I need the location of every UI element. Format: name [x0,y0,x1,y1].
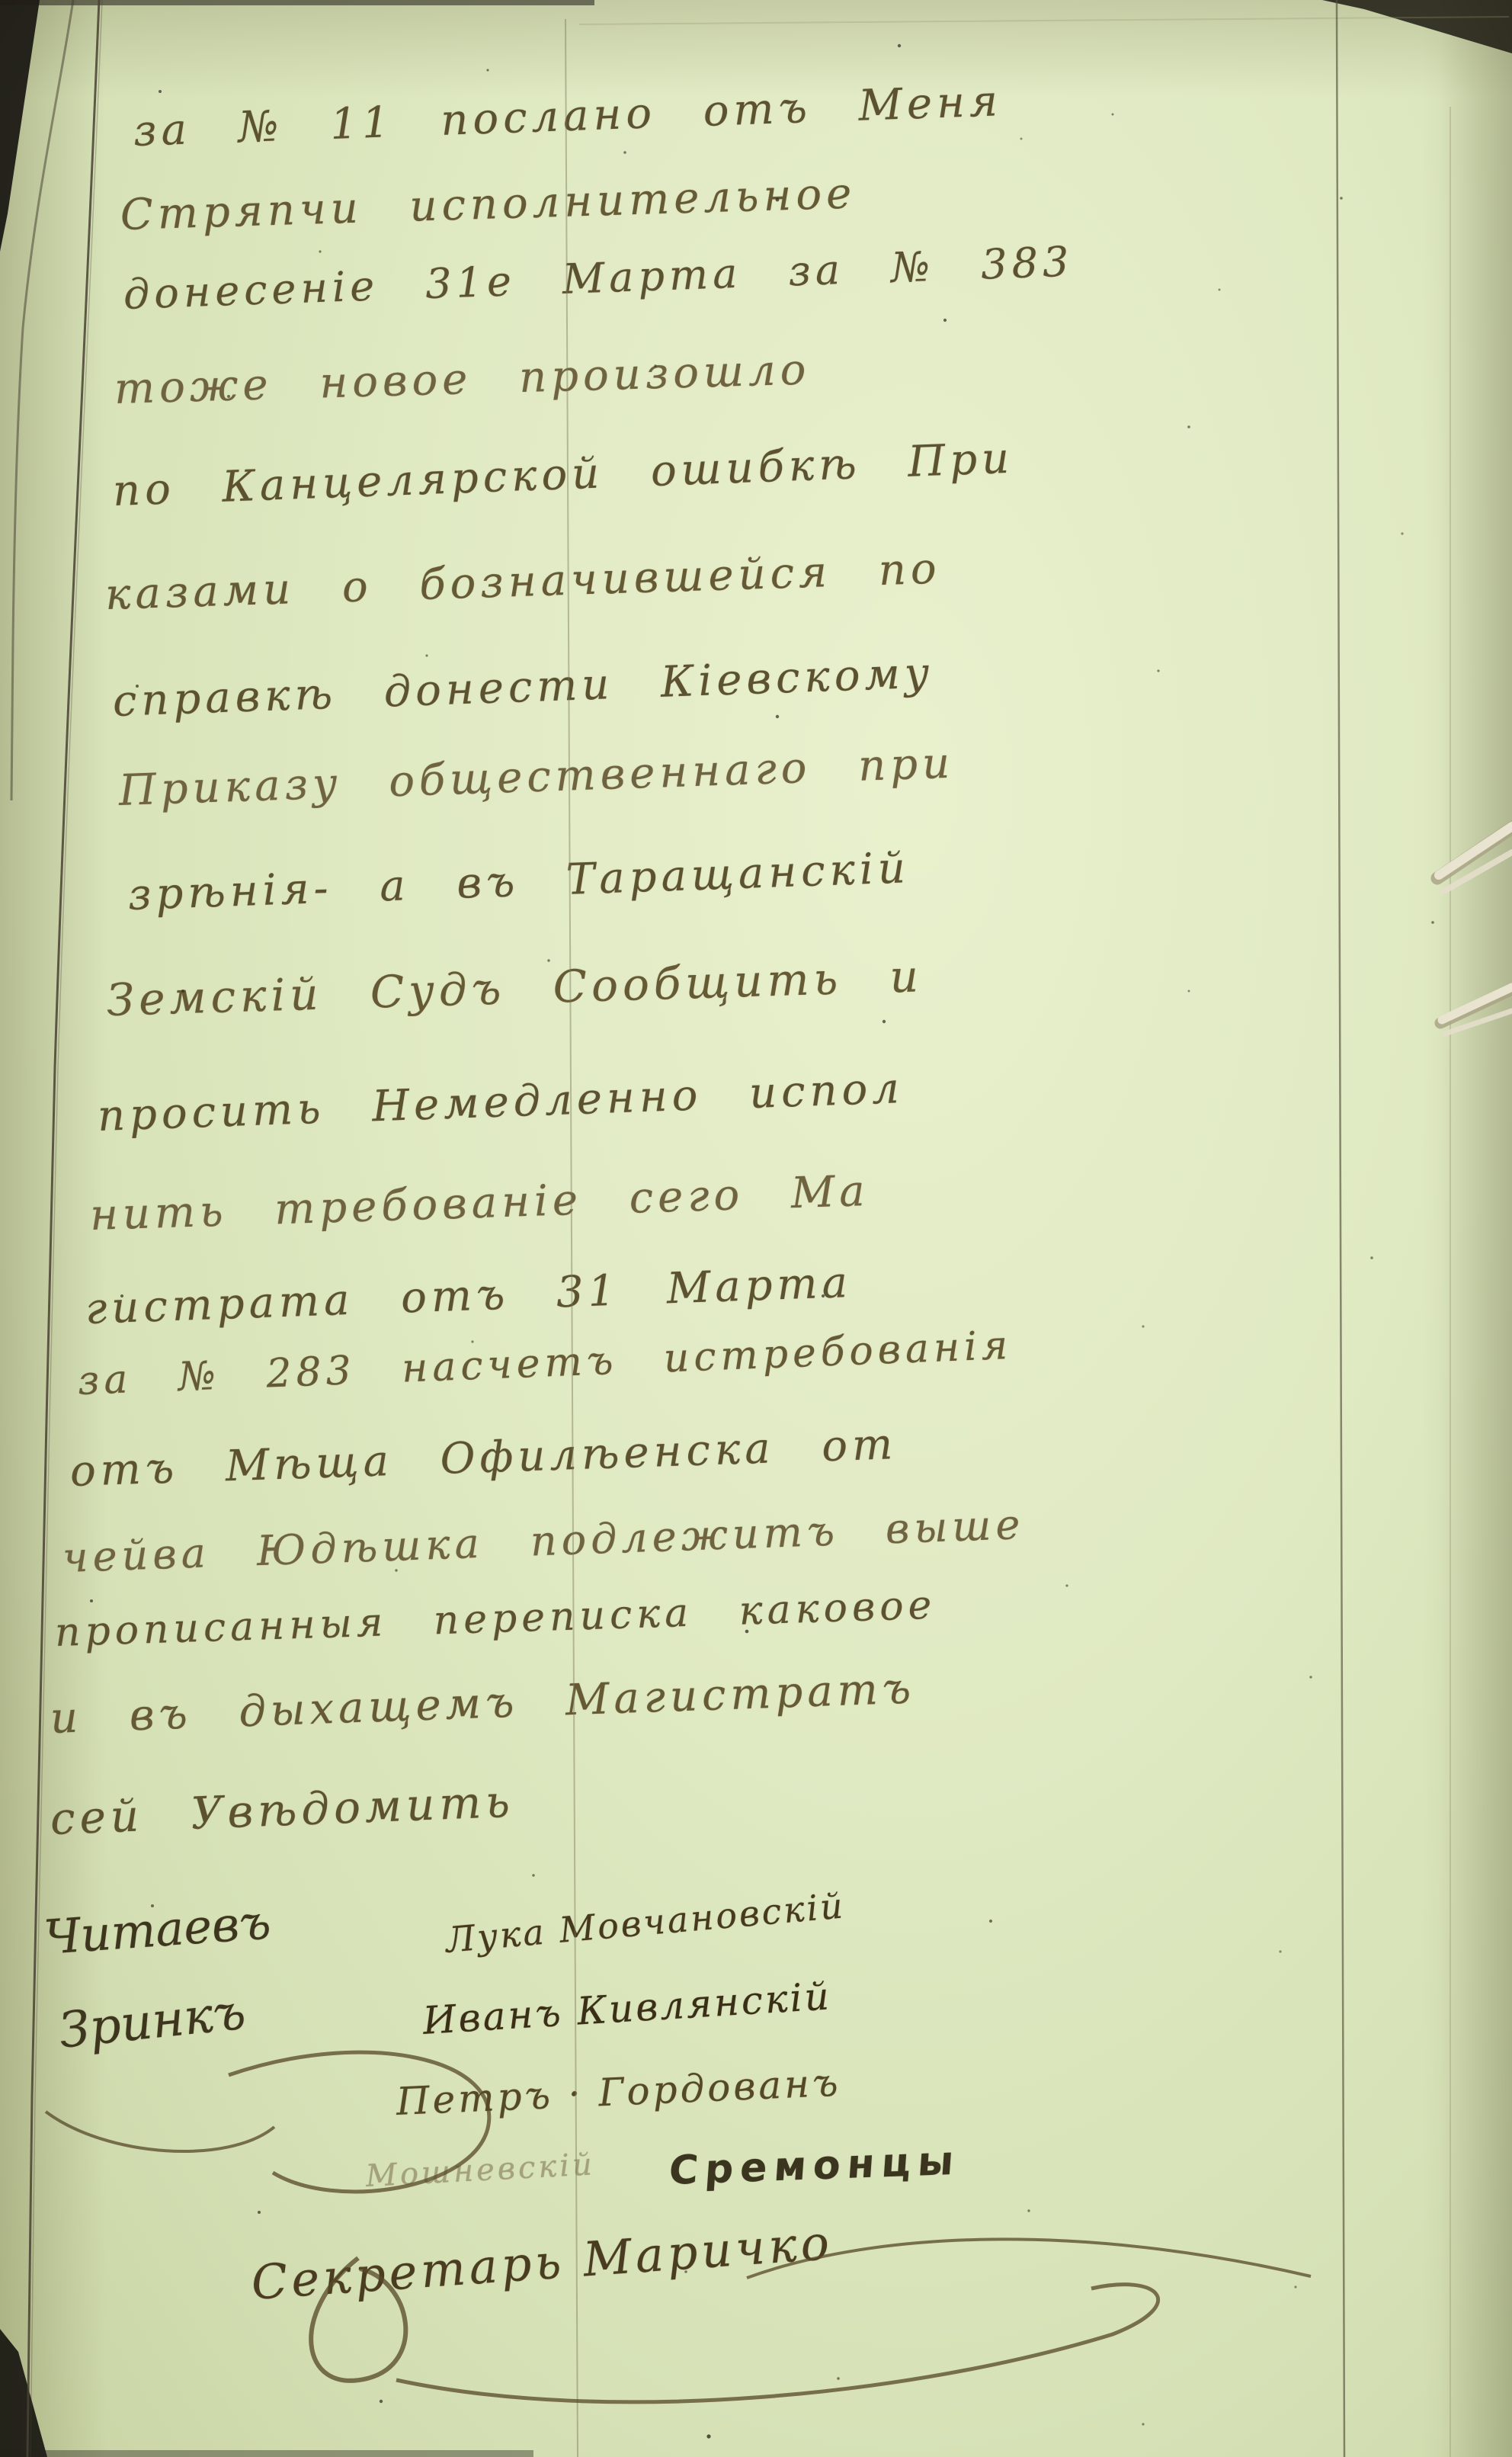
page-edge-bottom [0,2450,533,2457]
page-corner-shadow-top-left [0,0,40,252]
manuscript-page: за № 11 послано отъ Меня Стряпчи исполни… [0,0,1512,2457]
binding-stitch-lower [1440,987,1512,1034]
margin-rule-line [27,0,99,2457]
page-corner-shadow-top-right [1322,0,1512,53]
top-horizontal-crease [579,17,1509,24]
page-edge-top [0,0,594,5]
binding-stitch-upper [1437,826,1512,892]
signature-flourishes [46,2052,1311,2402]
center-fold-crease [565,19,578,2457]
page-marks-overlay [0,0,1512,2457]
right-rule-line [1337,0,1344,2457]
right-edge-crease [1448,107,1450,2457]
margin-rule-line-echo [30,0,102,2457]
page-corner-shadow-bottom-left [0,2329,47,2457]
paper-specks [90,44,1434,2439]
